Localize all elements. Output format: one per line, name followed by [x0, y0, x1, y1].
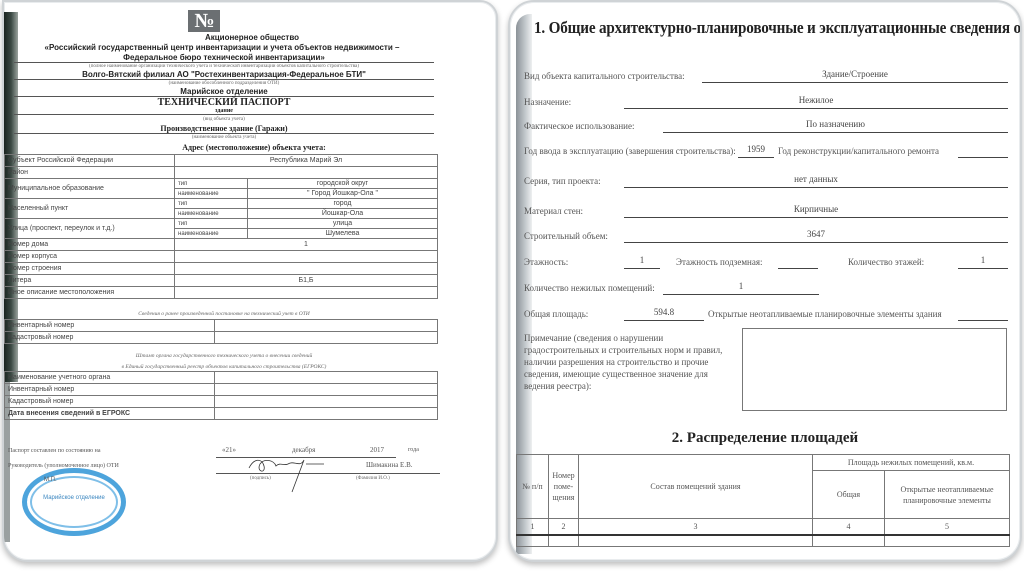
type-label: тип	[175, 179, 248, 189]
total-area-label: Общая площадь:	[524, 309, 588, 319]
col-number: 1	[517, 519, 549, 535]
note-label: Примечание (сведения о нарушении градост…	[524, 332, 734, 392]
series-line	[624, 187, 1008, 188]
registration-note: Сведения о ранее произведенной постановк…	[4, 311, 444, 317]
address-value: Б1,Б	[175, 275, 438, 287]
egroks-label: Кадастровый номер	[5, 396, 215, 408]
volume-line	[624, 242, 1008, 243]
object-kind: здание	[14, 108, 434, 115]
object-name-caption: (наименование объекта учета)	[14, 135, 434, 140]
table-row: Инвентарный номер	[5, 320, 438, 332]
col-total-header: Общая	[813, 471, 885, 519]
year-built-value: 1959	[738, 144, 774, 154]
table-row: ЛитераБ1,Б	[5, 275, 438, 287]
egroks-label: Дата внесения сведений в ЕГРОКС	[5, 408, 215, 420]
area-distribution-table: № п/п Номер поме-щения Состав помещений …	[516, 454, 1010, 547]
name-value: Шумелева	[248, 229, 438, 239]
address-label: Муниципальное образование	[5, 179, 175, 199]
address-label: Субъект Российской Федерации	[5, 155, 175, 167]
table-row: Субъект Российской ФедерацииРеспублика М…	[5, 155, 438, 167]
col-room-header: Номер поме-щения	[549, 455, 579, 519]
address-label: Район	[5, 167, 175, 179]
actual-use-line	[663, 132, 1008, 133]
table-cell	[549, 535, 579, 547]
address-label: Литера	[5, 275, 175, 287]
doc-title: ТЕХНИЧЕСКИЙ ПАСПОРТ	[14, 97, 434, 108]
table-row: Населенный пункттипгород	[5, 199, 438, 209]
object-name: Производственное здание (Гаражи)	[14, 124, 434, 134]
branch-caption: (наименование обособленного подразделени…	[14, 81, 434, 86]
address-value	[175, 263, 438, 275]
nonres-count-label: Количество нежилых помещений:	[524, 283, 655, 293]
series-value: нет данных	[624, 174, 1008, 184]
floors-line	[624, 268, 660, 269]
egroks-label: Инвентарный номер	[5, 384, 215, 396]
date-month: декабря	[292, 446, 315, 454]
address-label: Номер дома	[5, 239, 175, 251]
type-value: улица	[248, 219, 438, 229]
table-row: Номер строения	[5, 263, 438, 275]
wall-material-line	[624, 217, 1008, 218]
wall-material-value: Кирпичные	[624, 204, 1008, 214]
table-cell	[885, 535, 1010, 547]
table-row: Номер дома1	[5, 239, 438, 251]
year-built-line	[738, 157, 774, 158]
address-value: 1	[175, 239, 438, 251]
type-label: тип	[175, 219, 248, 229]
table-header-row: № п/п Номер поме-щения Состав помещений …	[517, 455, 1010, 471]
col-number: 4	[813, 519, 885, 535]
table-row: 1 2 3 4 5	[517, 519, 1010, 535]
stamp-note-line1: Штамп органа государственного техническо…	[4, 353, 444, 359]
col-composition-header: Состав помещений здания	[579, 455, 813, 519]
date-year: 2017	[370, 446, 384, 454]
table-cell	[813, 535, 885, 547]
name-caption: (Фамилия И.О.)	[356, 476, 390, 481]
type-label: тип	[175, 199, 248, 209]
name-label: наименование	[175, 209, 248, 219]
address-heading: Адрес (местоположение) объекта учета:	[44, 143, 464, 152]
technical-passport-cover-page: № Акционерное общество «Российский госуд…	[2, 0, 498, 562]
object-type-value: Здание/Строение	[702, 69, 1008, 79]
address-label: Номер строения	[5, 263, 175, 275]
table-row: Наименование учетного органа	[5, 372, 438, 384]
registration-value	[215, 320, 438, 332]
col-number: 5	[885, 519, 1010, 535]
number-sign-logo-icon: №	[188, 10, 220, 32]
branch-name: Волго-Вятский филиал АО "Ростехинвентари…	[14, 70, 434, 80]
org-name-line2: Федеральное бюро технической инвентариза…	[14, 53, 434, 63]
floor-count-value: 1	[958, 255, 1008, 265]
nonres-count-value: 1	[663, 281, 819, 291]
purpose-line	[624, 108, 1008, 109]
address-table: Субъект Российской ФедерацииРеспублика М…	[4, 154, 438, 299]
volume-label: Строительный объем:	[524, 231, 608, 241]
egroks-value	[215, 372, 438, 384]
table-row: Номер корпуса	[5, 251, 438, 263]
floors-label: Этажность:	[524, 257, 568, 267]
total-area-value: 594.8	[624, 307, 704, 317]
underground-line	[778, 268, 818, 269]
nonres-count-line	[663, 294, 819, 295]
col-open-header: Открытые неотапливаемые планировочные эл…	[885, 471, 1010, 519]
address-value	[175, 251, 438, 263]
object-type-label: Вид объекта капитального строительства:	[524, 71, 685, 81]
building-info-page: 1. Общие архитектурно-планировочные и эк…	[508, 0, 1022, 562]
org-name-line1: «Российский государственный центр инвент…	[2, 43, 470, 52]
table-row: Муниципальное образованиетипгородской ок…	[5, 179, 438, 189]
name-label: наименование	[175, 229, 248, 239]
stamp-note-line2: в Единый государственный реестр объектов…	[4, 364, 444, 370]
address-value: Республика Марий Эл	[175, 155, 438, 167]
registration-label: Кадастровый номер	[5, 332, 215, 344]
name-value: Йошкар-Ола	[248, 209, 438, 219]
table-cell	[579, 535, 813, 547]
egroks-label: Наименование учетного органа	[5, 372, 215, 384]
col-area-group-header: Площадь нежилых помещений, кв.м.	[813, 455, 1010, 471]
underground-label: Этажность подземная:	[676, 257, 762, 267]
year-reconstruction-label: Год реконструкции/капитального ремонта	[778, 146, 939, 156]
table-row: Кадастровый номер	[5, 332, 438, 344]
address-label: Улица (проспект, переулок и т.д.)	[5, 219, 175, 239]
series-label: Серия, тип проекта:	[524, 176, 601, 186]
object-kind-caption: (вид объекта учета)	[14, 117, 434, 122]
open-elements-line	[958, 320, 1008, 321]
signature-icon	[244, 454, 354, 494]
signature-line: Шимакина Е.В.	[216, 460, 440, 474]
actual-use-value: По назначению	[663, 119, 1008, 129]
table-row: Район	[5, 167, 438, 179]
col-num-header: № п/п	[517, 455, 549, 519]
registration-table: Инвентарный номер Кадастровый номер	[4, 319, 438, 344]
table-row: Дата внесения сведений в ЕГРОКС	[5, 408, 438, 420]
department-name: Марийское отделение	[14, 87, 434, 97]
type-value: город	[248, 199, 438, 209]
registration-label: Инвентарный номер	[5, 320, 215, 332]
wall-material-label: Материал стен:	[524, 206, 583, 216]
signer-name: Шимакина Е.В.	[366, 461, 413, 469]
date-suffix: года	[408, 447, 419, 453]
egroks-value	[215, 384, 438, 396]
col-number: 2	[549, 519, 579, 535]
table-row: Иное описание местоположения	[5, 287, 438, 299]
address-label: Иное описание местоположения	[5, 287, 175, 299]
total-area-line	[624, 320, 704, 321]
year-reconstruction-line	[958, 157, 1008, 158]
type-value: городской округ	[248, 179, 438, 189]
egroks-table: Наименование учетного органа Инвентарный…	[4, 371, 438, 420]
footer-date-label: Паспорт составлен по состоянию на	[8, 448, 101, 454]
address-value	[175, 167, 438, 179]
note-field	[742, 328, 1007, 411]
actual-use-label: Фактическое использование:	[524, 121, 634, 131]
org-caption: (полное наименование организации техниче…	[14, 64, 434, 69]
address-label: Населенный пункт	[5, 199, 175, 219]
name-value: " Город Йошкар-Ола "	[248, 189, 438, 199]
col-number: 3	[579, 519, 813, 535]
year-built-label: Год ввода в эксплуатацию (завершения стр…	[524, 146, 736, 156]
egroks-value	[215, 396, 438, 408]
signature-caption: (подпись)	[250, 476, 271, 481]
floor-count-label: Количество этажей:	[848, 257, 924, 267]
table-row	[517, 535, 1010, 547]
table-row: Кадастровый номер	[5, 396, 438, 408]
table-cell	[517, 535, 549, 547]
table-row: Инвентарный номер	[5, 384, 438, 396]
purpose-label: Назначение:	[524, 97, 571, 107]
organization-seal-icon: Марийское отделение	[22, 468, 126, 536]
stamp-mp: М.П.	[44, 477, 57, 483]
section1-title: 1. Общие архитектурно-планировочные и эк…	[534, 18, 1022, 38]
open-elements-label: Открытые неотапливаемые планировочные эл…	[708, 309, 942, 319]
egroks-value	[215, 408, 438, 420]
name-label: наименование	[175, 189, 248, 199]
date-day: «21»	[222, 446, 236, 454]
registration-value	[215, 332, 438, 344]
address-value	[175, 287, 438, 299]
volume-value: 3647	[624, 229, 1008, 239]
section2-title: 2. Распределение площадей	[510, 430, 1020, 447]
floors-value: 1	[624, 255, 660, 265]
object-type-line	[702, 82, 1008, 83]
floor-count-line	[958, 268, 1008, 269]
address-label: Номер корпуса	[5, 251, 175, 263]
seal-text: Марийское отделение	[27, 495, 121, 502]
purpose-value: Нежилое	[624, 95, 1008, 105]
org-type: Акционерное общество	[4, 33, 498, 42]
table-row: Улица (проспект, переулок и т.д.)типулиц…	[5, 219, 438, 229]
